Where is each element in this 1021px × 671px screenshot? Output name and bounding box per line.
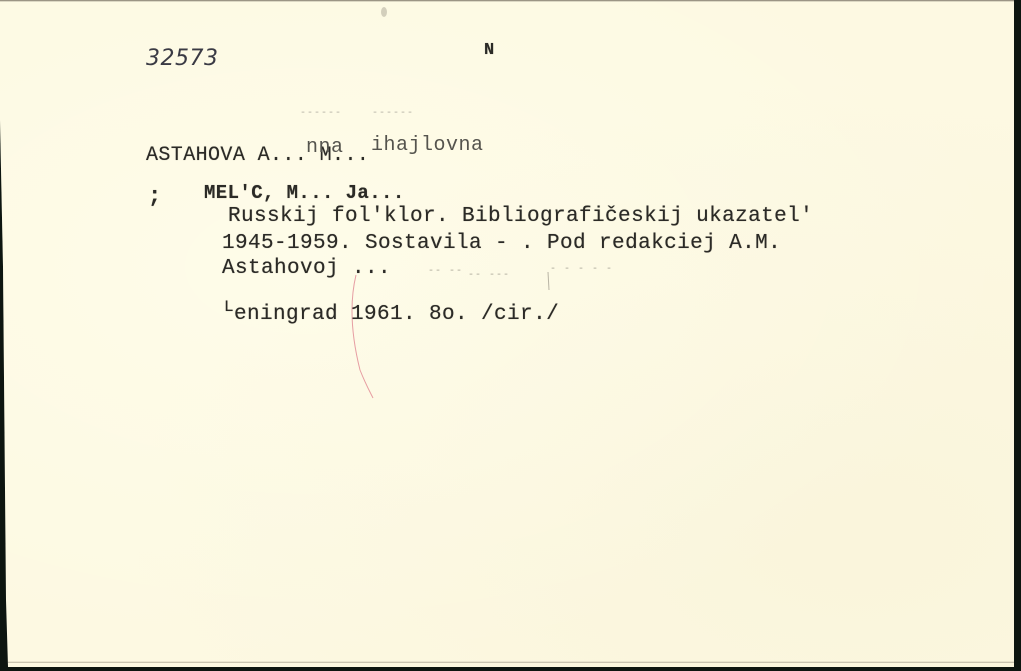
- card-bottom-edge: [8, 661, 1014, 663]
- call-number: 32573: [146, 46, 219, 71]
- title-line-1: Russkij fol'klor. Bibliografičeskij ukaz…: [228, 206, 813, 227]
- catalog-card: 32573 N ------ ------ ASTAHOVA A... M...…: [0, 0, 1014, 667]
- patronymic-completion: ihajlovna: [371, 134, 484, 157]
- smudge-spot: [381, 7, 387, 17]
- trailing-mark: - - - - -: [550, 264, 613, 275]
- corner-mark: N: [484, 42, 495, 59]
- title-line-2: 1945-1959. Sostavila - . Pod redakciej A…: [222, 233, 781, 254]
- pencil-tick: [548, 272, 549, 290]
- card-top-edge: [0, 0, 1014, 2]
- trailing-mark: -- --: [428, 266, 463, 277]
- entry-marker: ;: [148, 186, 162, 208]
- imprint-initial: L: [224, 298, 234, 316]
- erased-mark: ------: [300, 108, 342, 119]
- heading-surname: ASTAHOVA: [146, 144, 245, 167]
- imprint-line: Leningrad 1961. 8o. /cir./: [224, 299, 559, 325]
- imprint-text: eningrad 1961. 8o. /cir./: [234, 303, 559, 326]
- red-crease-line: [352, 275, 373, 398]
- trailing-mark: -- ---: [468, 270, 510, 281]
- scanned-catalog-card: 32573 N ------ ------ ASTAHOVA A... M...…: [0, 0, 1021, 671]
- title-line-3: Astahovoj ...: [222, 258, 391, 279]
- author-line: MEL'C, M... Ja...: [204, 184, 405, 203]
- card-marks: [0, 0, 1014, 667]
- given-name-completion: nna: [306, 136, 344, 159]
- erased-mark: ------: [372, 108, 414, 119]
